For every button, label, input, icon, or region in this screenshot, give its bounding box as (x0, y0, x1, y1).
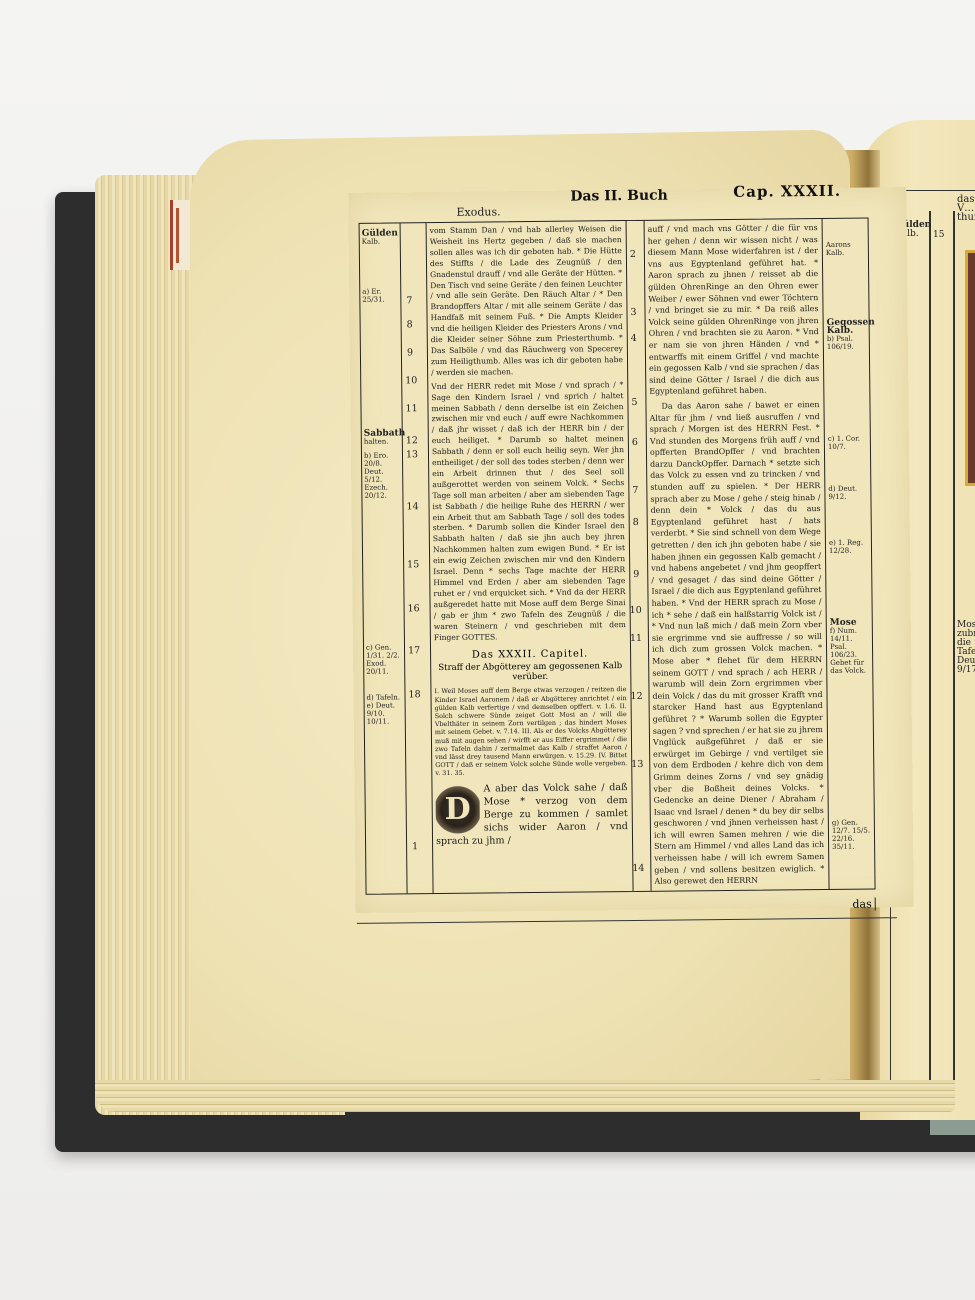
verse-number: 17 (408, 645, 420, 656)
verse-number: 18 (408, 689, 420, 700)
right-text-column: auff / vnd mach vns Götter / die für vns… (644, 219, 830, 891)
verse-number: 5 (631, 397, 637, 408)
verse-number: 13 (631, 759, 643, 770)
margin-note: b) Ero. 20/8. Deut. 5/12. Ezech. 20/12. (364, 451, 403, 499)
right-page-note: Mose zubricht die Tafeln. Deut. 9/17. (957, 621, 975, 675)
body-text: Vnd der HERR redet mit Mose / vnd sprach… (427, 380, 630, 647)
margin-note: d) Tafeln. e) Deut. 9/10. 10/11. (366, 693, 404, 725)
running-head-title: Das II. Buch (570, 188, 668, 205)
verse-number: 15 (407, 559, 419, 570)
margin-note: GüldenKalb. (362, 229, 398, 245)
decorated-initial: D (435, 784, 480, 834)
verse-number: 8 (633, 517, 639, 528)
right-page-text: das V… thun. (957, 195, 975, 222)
body-text: vom Stamm Dan / vnd hab allerley Weisen … (426, 221, 628, 382)
verse-number: 14 (632, 863, 644, 874)
verse-number: 13 (406, 449, 418, 460)
verse-number: 7 (632, 485, 638, 496)
margin-note: d) Deut. 9/12. (828, 485, 868, 501)
verse-number: 1 (412, 841, 418, 852)
chapter-subheading: Straff der Abgötterey am gegossenen Kalb… (430, 661, 630, 683)
verse-number: 7 (406, 295, 412, 306)
verse-number: 6 (632, 437, 638, 448)
verse-number: 2 (630, 249, 636, 260)
verse-number: 11 (405, 403, 417, 414)
verse-number: 14 (406, 501, 418, 512)
verse-number: 4 (631, 333, 637, 344)
verse-number: 12 (406, 435, 418, 446)
margin-note: Aarons Kalb. (826, 241, 866, 257)
printed-page: Exodus. Das II. Buch Cap. XXXII. GüldenK… (348, 187, 914, 913)
text-frame: GüldenKalb. a) Er. 25/31. Sabbathhalten.… (359, 217, 876, 894)
verse-number: 9 (633, 569, 639, 580)
right-margin-column: Aarons Kalb. Gegossen Kalb.b) Psal. 106/… (822, 219, 875, 889)
margin-note: g) Gen. 12/7. 15/5. 22/16. 35/11. (832, 818, 872, 850)
chapter-heading: Das XXXII. Capitel. (430, 648, 630, 661)
margin-note: Gegossen Kalb.b) Psal. 106/19. (827, 319, 867, 351)
verse-number: 10 (630, 605, 642, 616)
page-edges-bottom (95, 1080, 955, 1112)
margin-note: c) Gen. 1/31. 2/2. Exod. 20/11. (366, 643, 404, 675)
chapter-summary: I. Weil Moses auff dem Berge etwas verzo… (430, 683, 631, 779)
running-head-book: Exodus. (456, 205, 500, 218)
verse-number: 3 (630, 307, 636, 318)
margin-note: c) 1. Cor. 10/7. (828, 435, 868, 451)
verse-number: 11 (630, 633, 642, 644)
running-head-chapter: Cap. XXXII. (733, 182, 841, 201)
right-verse-number: 15 (933, 231, 944, 240)
margin-note: a) Er. 25/31. (362, 287, 400, 303)
illustration (965, 250, 975, 486)
margin-note: Sabbathhalten. (364, 429, 402, 445)
margin-note: Mosef) Num. 14/11. Psal. 106/23. Gebet f… (830, 619, 871, 675)
verse-number: 12 (630, 691, 642, 702)
margin-note: e) 1. Reg. 12/28. (829, 539, 869, 555)
left-text-column: vom Stamm Dan / vnd hab allerley Weisen … (426, 221, 634, 893)
catchword: das (852, 897, 875, 910)
verse-number: 8 (407, 319, 413, 330)
verse-number: 16 (408, 603, 420, 614)
body-text: auff / vnd mach vns Götter / die für vns… (644, 219, 824, 401)
verse-number: 10 (405, 375, 417, 386)
verse-number: 9 (407, 347, 413, 358)
body-text: Da das Aaron sahe / bawet er einen Altar… (645, 399, 828, 891)
